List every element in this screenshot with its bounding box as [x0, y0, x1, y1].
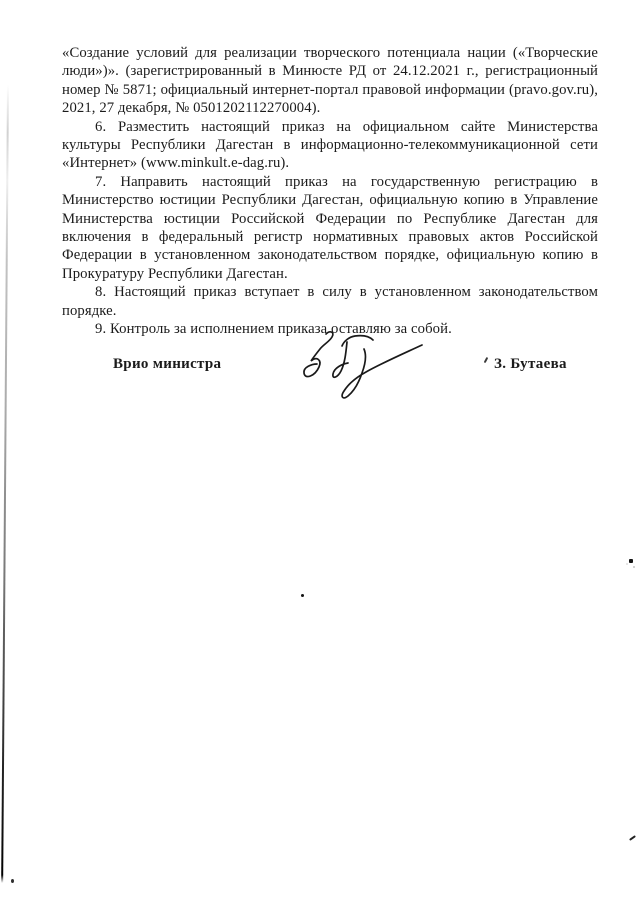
scan-speck-center — [301, 594, 304, 597]
paragraph-item-8: 8. Настоящий приказ вступает в силу в ус… — [62, 283, 598, 320]
scan-speck-bottom-right — [629, 835, 636, 841]
signatory-name: З. Бутаева — [494, 356, 567, 373]
scan-artifact-line-end — [11, 879, 14, 883]
paragraph-item-7: 7. Направить настоящий приказ на государ… — [62, 173, 598, 283]
signatory-title: Врио министра — [113, 356, 221, 373]
scan-artifact-line — [1, 85, 9, 883]
paragraph-continuation: «Создание условий для реализации творчес… — [62, 44, 598, 118]
scan-speck-before-name — [484, 357, 488, 363]
paragraph-item-6: 6. Разместить настоящий приказ на официа… — [62, 118, 598, 173]
document-text-block: «Создание условий для реализации творчес… — [62, 44, 598, 339]
scan-speck-right-edge — [629, 559, 633, 563]
signature-scribble — [285, 325, 430, 410]
scanned-document-page: «Создание условий для реализации творчес… — [0, 0, 639, 898]
